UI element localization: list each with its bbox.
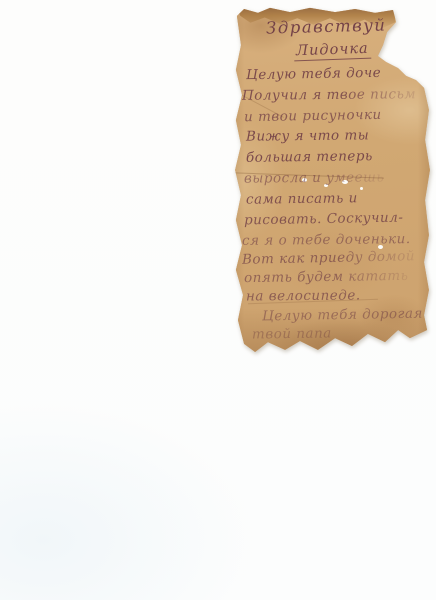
- letter-line: Целую тебя дорогая: [262, 306, 423, 325]
- letter-addressee-underlined: Лидочка: [294, 41, 371, 62]
- letter-greeting: Здравствуй: [266, 15, 387, 37]
- letter-line: сама писать и: [246, 190, 358, 207]
- letter-line: ся я о тебе доченьки.: [242, 231, 411, 249]
- letter-line: большая теперь: [246, 148, 373, 166]
- letter-line: Получил я твое письм: [242, 86, 416, 104]
- letter-line: Целую тебя доче: [246, 65, 381, 83]
- letter-line: Вижу я что ты: [246, 127, 369, 144]
- letter-line: и твои рисуночки: [244, 107, 382, 125]
- paper-damage-spot: [360, 187, 363, 190]
- letter-paper-wrapper: Здравствуй Лидочка Целую тебя доче Получ…: [230, 4, 434, 358]
- letter-paper: Здравствуй Лидочка Целую тебя доче Получ…: [230, 4, 434, 358]
- letter-line: твой папа: [252, 325, 332, 342]
- letter-line: опять будем катать: [244, 268, 409, 286]
- letter-line: Вот как приеду домой: [242, 248, 415, 268]
- letter-line: выросла и умеешь: [244, 169, 384, 186]
- letter-line: на велосипеде.: [246, 288, 361, 305]
- letter-line: рисовать. Соскучил-: [244, 210, 404, 229]
